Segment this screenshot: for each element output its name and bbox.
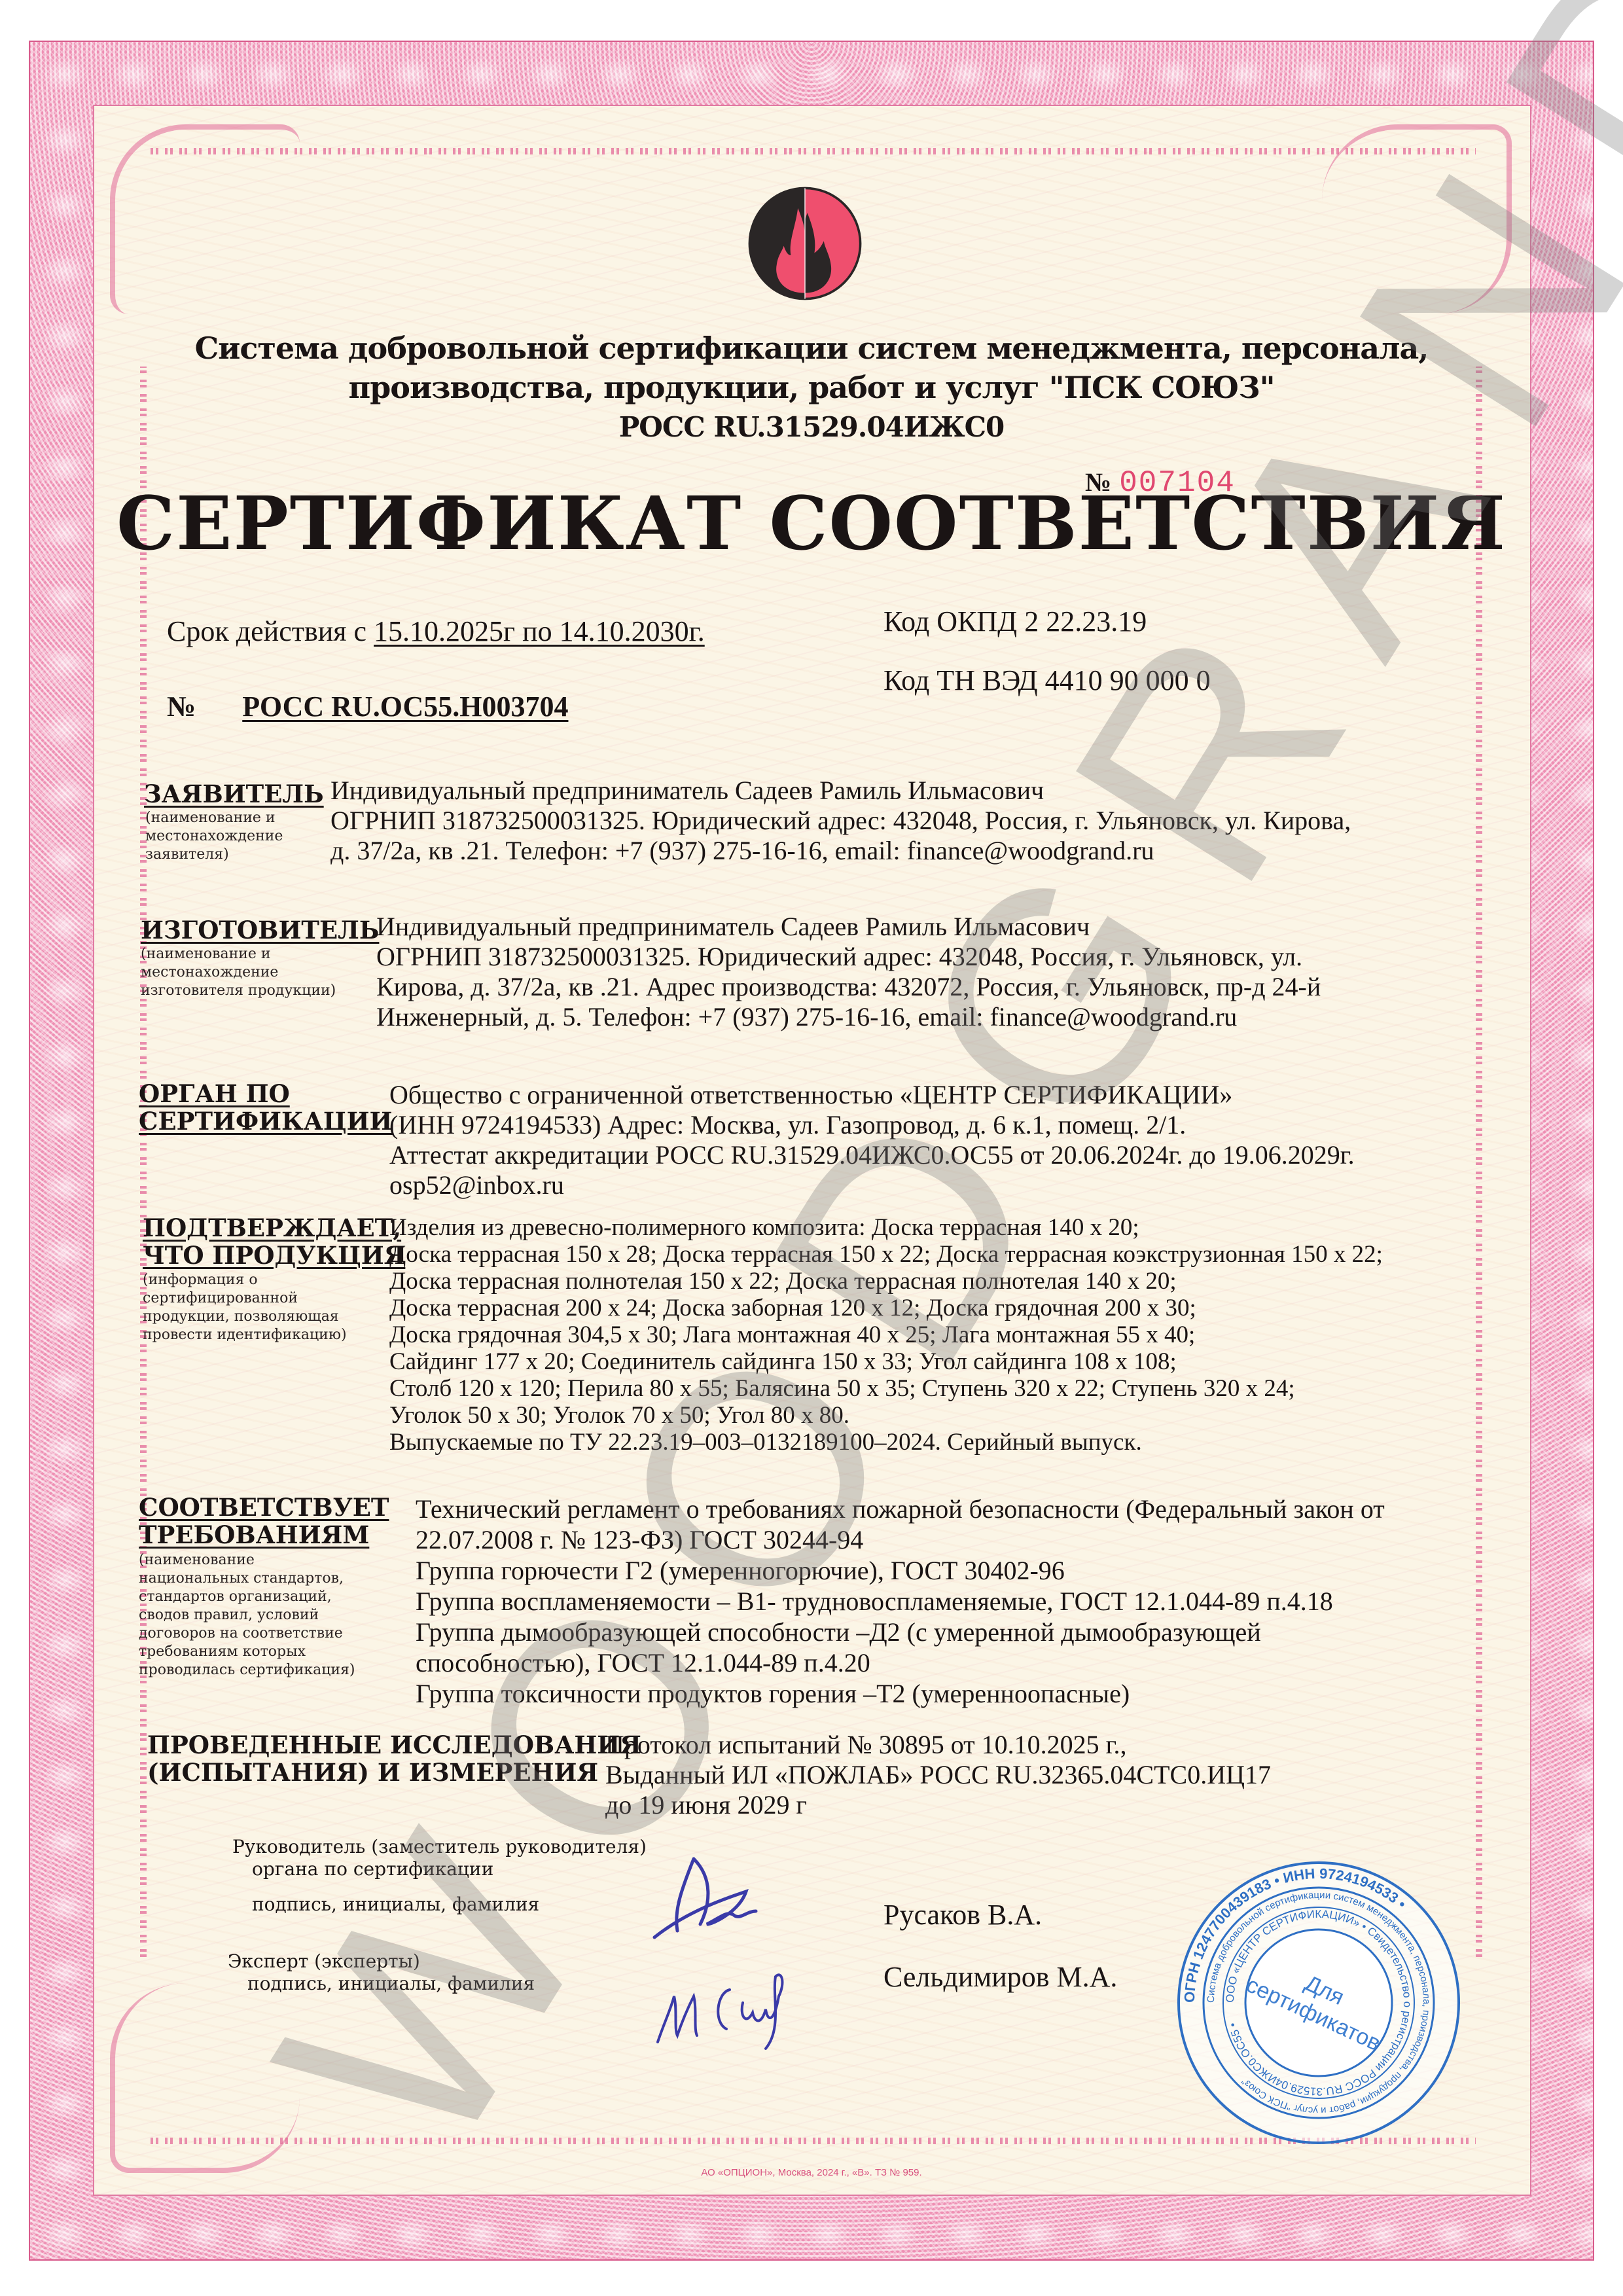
requirements-sublabel: (наименование национальных стандартов, с… xyxy=(139,1551,355,1679)
corner-ornament-top-right xyxy=(1322,124,1512,314)
requirements-label: СООТВЕТСТВУЕТ ТРЕБОВАНИЯМ xyxy=(139,1494,389,1549)
manufacturer-details: Индивидуальный предприниматель Садеев Ра… xyxy=(376,912,1476,1032)
validity-label: Срок действия с xyxy=(167,615,366,647)
system-name-line-2: производства, продукции, работ и услуг "… xyxy=(0,370,1623,405)
product-label: ПОДТВЕРЖДАЕТ, ЧТО ПРОДУКЦИЯ xyxy=(143,1214,405,1269)
system-name-line-1: Система добровольной сертификации систем… xyxy=(0,331,1623,366)
manufacturer-label: ИЗГОТОВИТЕЛЬ xyxy=(141,916,379,944)
registration-value: РОСС RU.ОС55.Н003704 xyxy=(242,691,568,723)
tests-details: Протокол испытаний № 30895 от 10.10.2025… xyxy=(605,1730,1456,1820)
registration-sign: № xyxy=(167,691,196,723)
chain-border-left xyxy=(140,367,147,1957)
expert-signature-label: Эксперт (эксперты) подпись, инициалы, фа… xyxy=(228,1950,535,1995)
tests-label: ПРОВЕДЕННЫЕ ИССЛЕДОВАНИЯ (ИСПЫТАНИЯ) И И… xyxy=(147,1731,641,1786)
manufacturer-sublabel: (наименование и местонахождение изготови… xyxy=(141,945,336,1000)
registration-number: № РОСС RU.ОС55.Н003704 xyxy=(167,691,568,723)
applicant-label: ЗАЯВИТЕЛЬ xyxy=(144,780,324,808)
expert-signature xyxy=(651,1957,821,2055)
head-name: Русаков В.А. xyxy=(883,1898,1042,1931)
corner-ornament-bottom-left xyxy=(110,1983,300,2173)
validity: Срок действия с 15.10.2025г по 14.10.203… xyxy=(167,615,705,648)
head-signature-label: Руководитель (заместитель руководителя) … xyxy=(232,1836,647,1916)
printer-note: АО «ОПЦИОН», Москва, 2024 г., «В». ТЗ № … xyxy=(0,2167,1623,2178)
cert-body-details: Общество с ограниченной ответственностью… xyxy=(389,1080,1476,1200)
certification-stamp: ОГРН 1247700439183 • ИНН 9724194533 • Си… xyxy=(1171,1856,1466,2150)
applicant-details: Индивидуальный предприниматель Садеев Ра… xyxy=(330,776,1476,866)
document-title: СЕРТИФИКАТ СООТВЕТСТВИЯ xyxy=(0,481,1623,567)
tnved-code: Код ТН ВЭД 4410 90 000 0 xyxy=(883,664,1211,697)
applicant-sublabel: (наименование и местонахождение заявител… xyxy=(145,809,283,864)
validity-period: 15.10.2025г по 14.10.2030г. xyxy=(374,615,705,647)
chain-border-top xyxy=(151,148,1476,154)
system-registration: РОСС RU.31529.04ИЖС0 xyxy=(0,411,1623,443)
cert-body-label: ОРГАН ПО СЕРТИФИКАЦИИ xyxy=(139,1080,393,1135)
okpd2-code: Код ОКПД 2 22.23.19 xyxy=(883,605,1147,638)
product-sublabel: (информация о сертифицированной продукци… xyxy=(143,1271,347,1344)
requirements-list: Технический регламент о требованиях пожа… xyxy=(416,1494,1489,1709)
corner-ornament-top-left xyxy=(110,124,300,314)
product-list: Изделия из древесно-полимерного композит… xyxy=(389,1214,1489,1456)
flame-logo-icon xyxy=(746,185,864,302)
chain-border-right xyxy=(1476,367,1482,1957)
expert-name: Сельдимиров М.А. xyxy=(883,1960,1117,1994)
head-signature xyxy=(648,1852,792,1950)
